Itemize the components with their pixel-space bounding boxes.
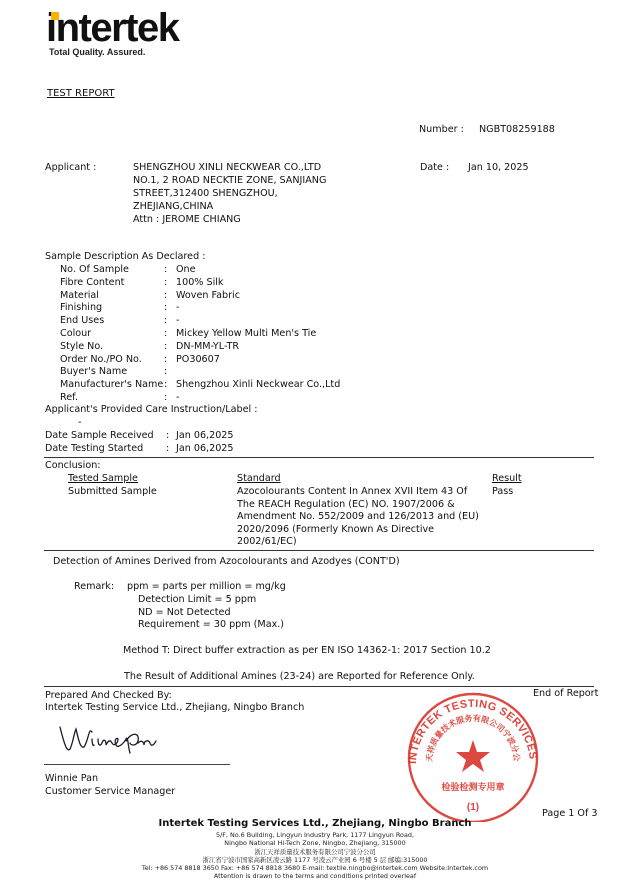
remark-label: Remark: bbox=[74, 581, 114, 594]
colon: : bbox=[164, 290, 167, 303]
intertek-logo: intertek bbox=[46, 8, 179, 48]
sample-value: - bbox=[176, 315, 179, 328]
applicant-line: ZHEJIANG,CHINA bbox=[133, 201, 326, 214]
divider bbox=[44, 686, 594, 687]
sample-key: Colour bbox=[60, 328, 91, 341]
method-note: Method T: Direct buffer extraction as pe… bbox=[123, 645, 491, 658]
sample-key: Manufacturer's Name bbox=[60, 379, 163, 392]
colon: : bbox=[164, 341, 167, 354]
sample-key: No. Of Sample bbox=[60, 264, 129, 277]
remark-line: ppm = parts per million = mg/kg bbox=[127, 581, 286, 594]
report-number: NGBT08259188 bbox=[479, 124, 555, 137]
signature-image bbox=[58, 713, 158, 761]
applicant-line: STREET,312400 SHENGZHOU, bbox=[133, 188, 326, 201]
stamp-number: (1) bbox=[467, 802, 479, 813]
care-instruction-label: Applicant's Provided Care Instruction/La… bbox=[45, 404, 257, 417]
colon: : bbox=[166, 430, 169, 443]
colon: : bbox=[164, 379, 167, 392]
conclusion-label: Conclusion: bbox=[45, 460, 101, 473]
footer-org: Intertek Testing Services Ltd., Zhejiang… bbox=[0, 818, 630, 831]
colon: : bbox=[164, 302, 167, 315]
sample-value: Shengzhou Xinli Neckwear Co.,Ltd bbox=[176, 379, 340, 392]
divider bbox=[44, 550, 594, 551]
signer-title: Customer Service Manager bbox=[45, 786, 175, 799]
conclusion-standard: Azocolourants Content In Annex XVII Item… bbox=[237, 486, 487, 549]
sample-key: Order No./PO No. bbox=[60, 354, 142, 367]
amines-heading: Detection of Amines Derived from Azocolo… bbox=[53, 556, 400, 569]
sample-value: - bbox=[176, 392, 179, 405]
footer-line: Ningbo National Hi-Tech Zone, Ningbo, Zh… bbox=[0, 839, 630, 847]
report-title: TEST REPORT bbox=[47, 88, 115, 101]
col-header-result: Result bbox=[492, 473, 522, 486]
sample-key: Style No. bbox=[60, 341, 103, 354]
star-icon bbox=[456, 740, 490, 772]
signer-name: Winnie Pan bbox=[45, 773, 98, 786]
colon: : bbox=[164, 277, 167, 290]
care-instruction-value: - bbox=[78, 417, 81, 430]
sample-value: DN-MM-YL-TR bbox=[176, 341, 239, 354]
footer-attention: Attention is drawn to the terms and cond… bbox=[0, 872, 630, 880]
sample-value: - bbox=[176, 302, 179, 315]
sample-value: 100% Silk bbox=[176, 277, 223, 290]
date-key: Date Testing Started bbox=[45, 443, 143, 456]
signature-line bbox=[44, 764, 230, 765]
footer-line: 浙江天祥质量技术服务有限公司宁波分公司 bbox=[0, 848, 630, 856]
date-label: Date : bbox=[420, 162, 449, 175]
report-date: Jan 10, 2025 bbox=[468, 162, 529, 175]
applicant-attn: Attn : JEROME CHIANG bbox=[133, 214, 326, 227]
sample-description-heading: Sample Description As Declared : bbox=[45, 251, 205, 264]
date-value: Jan 06,2025 bbox=[176, 430, 234, 443]
sample-key: Fibre Content bbox=[60, 277, 124, 290]
colon: : bbox=[164, 366, 167, 379]
logo-accent-dot bbox=[51, 12, 59, 20]
sample-key: Buyer's Name bbox=[60, 366, 127, 379]
remark-line: ND = Not Detected bbox=[127, 607, 286, 620]
remark-line: Detection Limit = 5 ppm bbox=[127, 594, 286, 607]
date-key: Date Sample Received bbox=[45, 430, 154, 443]
sample-value: PO30607 bbox=[176, 354, 220, 367]
divider bbox=[44, 457, 594, 458]
colon: : bbox=[164, 315, 167, 328]
colon: : bbox=[164, 354, 167, 367]
col-header-tested-sample: Tested Sample bbox=[68, 473, 138, 486]
sample-key: End Uses bbox=[60, 315, 104, 328]
company-seal-stamp: INTERTEK TESTING SERVICES LTD. ZHEJIANG … bbox=[398, 692, 548, 822]
conclusion-sample: Submitted Sample bbox=[68, 486, 157, 499]
remark-line: Requirement = 30 ppm (Max.) bbox=[127, 619, 286, 632]
colon: : bbox=[164, 264, 167, 277]
colon: : bbox=[164, 328, 167, 341]
sample-value: Woven Fabric bbox=[176, 290, 240, 303]
additional-amines-note: The Result of Additional Amines (23-24) … bbox=[124, 671, 475, 684]
applicant-label: Applicant : bbox=[45, 162, 96, 175]
prepared-by-label: Prepared And Checked By: bbox=[45, 690, 172, 703]
colon: : bbox=[164, 392, 167, 405]
remark-list: ppm = parts per million = mg/kg Detectio… bbox=[127, 581, 286, 632]
footer-line: 5/F, No.6 Building, Lingyun Industry Par… bbox=[0, 831, 630, 839]
number-label: Number : bbox=[419, 124, 464, 137]
applicant-line: SHENGZHOU XINLI NECKWEAR CO.,LTD bbox=[133, 162, 326, 175]
logo-tagline: Total Quality. Assured. bbox=[49, 46, 145, 59]
sample-key: Material bbox=[60, 290, 99, 303]
stamp-center-label: 检验检测专用章 bbox=[441, 781, 504, 793]
footer-contact: Tel: +86 574 8818 3650 Fax: +86 574 8818… bbox=[0, 864, 630, 872]
footer-line: 浙江省宁波市国家高新区凌云路 1177 号凌云产业园 6 号楼 5 层 邮编:3… bbox=[0, 856, 630, 864]
sample-key: Ref. bbox=[60, 392, 78, 405]
sample-key: Finishing bbox=[60, 302, 102, 315]
sample-value: Mickey Yellow Multi Men's Tie bbox=[176, 328, 316, 341]
date-value: Jan 06,2025 bbox=[176, 443, 234, 456]
footer-address: 5/F, No.6 Building, Lingyun Industry Par… bbox=[0, 831, 630, 881]
colon: : bbox=[166, 443, 169, 456]
applicant-address: SHENGZHOU XINLI NECKWEAR CO.,LTD NO.1, 2… bbox=[133, 162, 326, 227]
applicant-line: NO.1, 2 ROAD NECKTIE ZONE, SANJIANG bbox=[133, 175, 326, 188]
logo-wordmark: intertek bbox=[46, 6, 179, 50]
col-header-standard: Standard bbox=[237, 473, 281, 486]
sample-value: One bbox=[176, 264, 196, 277]
conclusion-result: Pass bbox=[492, 486, 513, 499]
